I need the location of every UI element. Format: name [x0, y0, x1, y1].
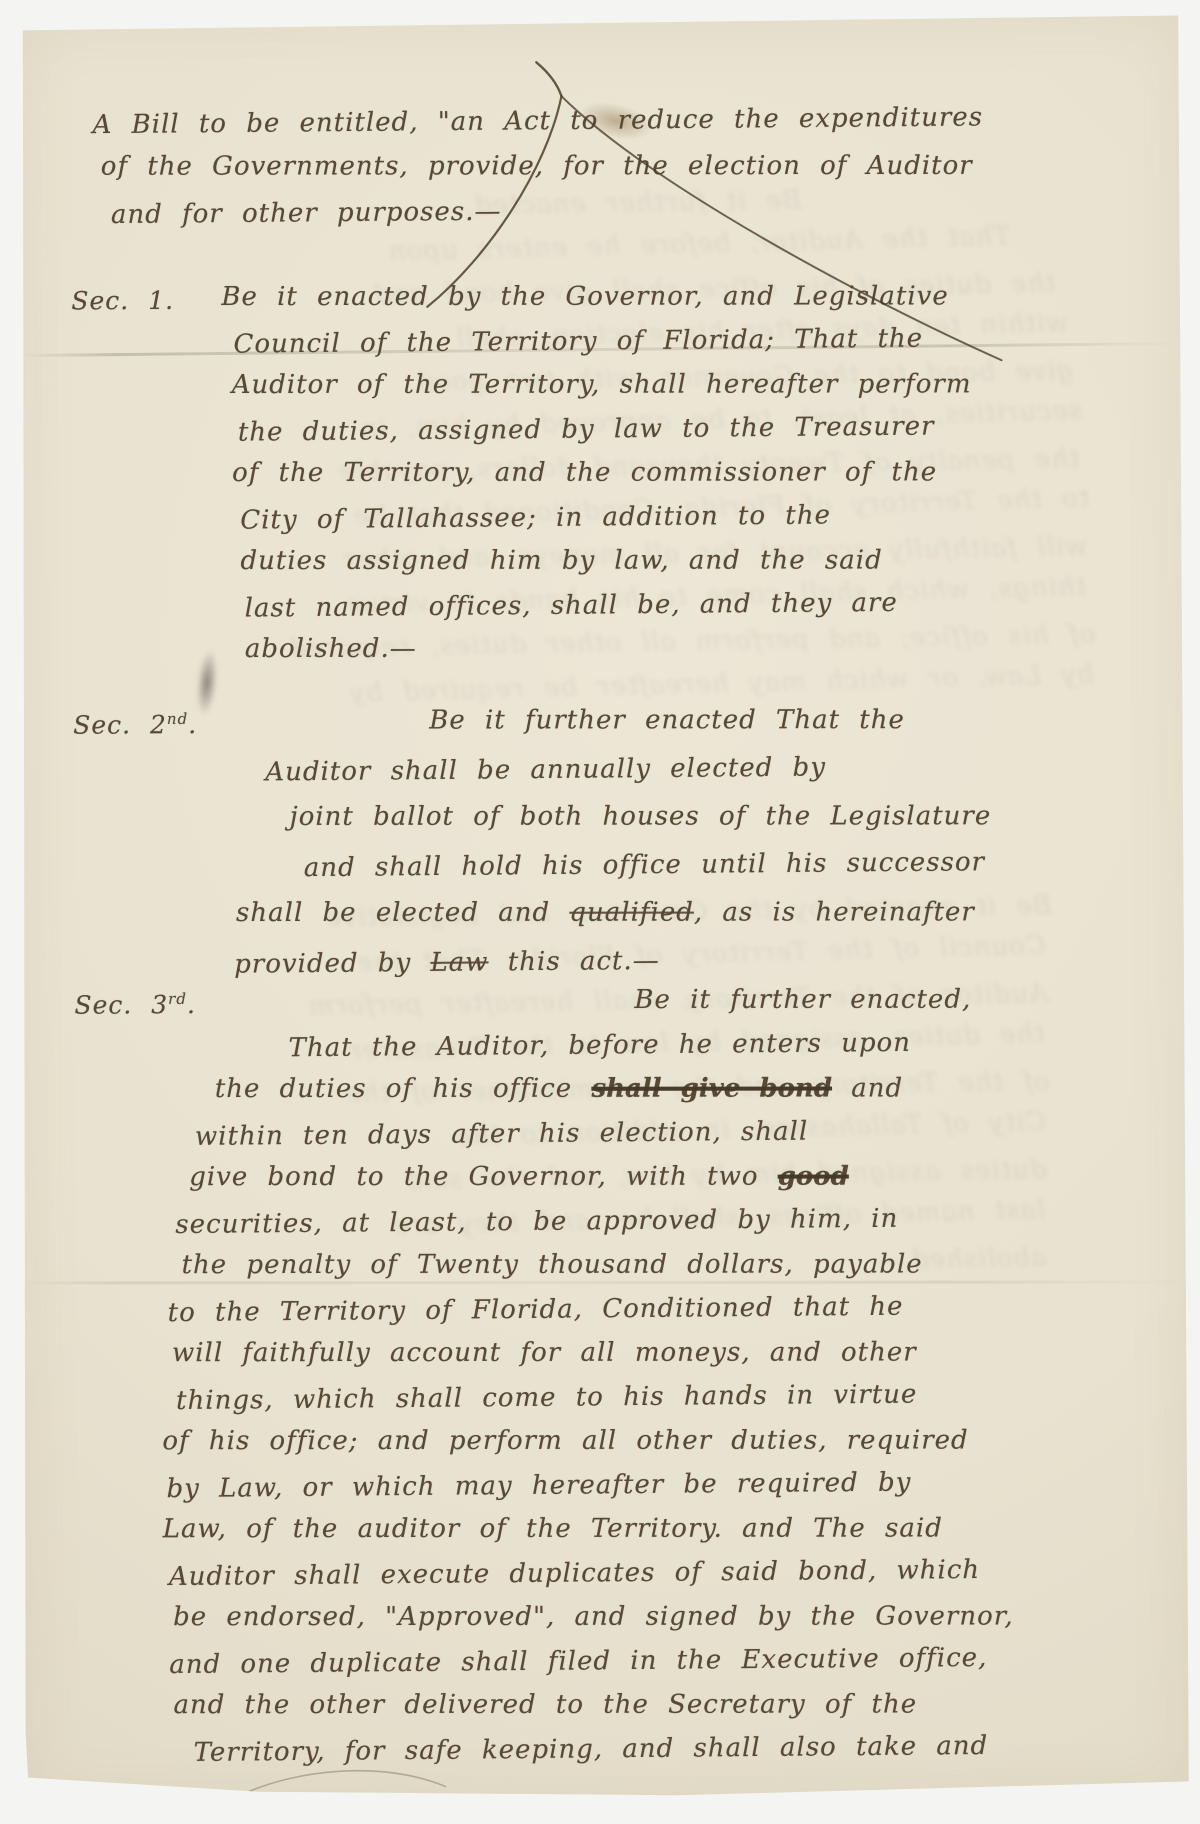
handwritten-line: by Law, or which may hereafter be requir… [166, 1465, 1157, 1518]
handwritten-line: shall be elected and qualified, as is he… [236, 897, 1155, 946]
handwritten-text-segment: shall give bond [591, 1074, 832, 1104]
handwritten-line: joint ballot of both houses of the Legis… [290, 801, 1155, 850]
handwritten-text-segment: things, which shall come to his hands in… [176, 1380, 918, 1416]
handwritten-text-segment: A Bill to be entitled, "an Act to reduce… [92, 102, 983, 140]
handwritten-line: within ten days after his election, shal… [195, 1113, 1156, 1165]
manuscript-paper-sheet: Be it further enacted,That the Auditor, … [18, 15, 1189, 1802]
handwritten-line: That the Auditor, before he enters upon [288, 1026, 1155, 1078]
handwritten-text-segment: by Law, or which may hereafter be requir… [166, 1468, 911, 1504]
handwritten-line: and shall hold his office until his succ… [304, 846, 1155, 901]
bill-title-line: of the Governments, provide, for the ele… [101, 151, 984, 197]
handwritten-text-segment: joint ballot of both houses of the Legis… [290, 801, 992, 832]
handwritten-line: Auditor of the Territory, shall hereafte… [232, 369, 1153, 414]
handwritten-text-segment: provided by [234, 948, 431, 980]
handwritten-line: of the Territory, and the commissioner o… [232, 457, 1153, 502]
handwritten-text-segment: Be it further enacted, [634, 985, 971, 1015]
handwritten-line: Auditor shall execute duplicates of said… [169, 1553, 1158, 1606]
handwritten-text-segment: Auditor shall execute duplicates of said… [169, 1555, 980, 1592]
handwritten-line: Be it enacted by the Governor, and Legis… [221, 281, 1152, 326]
handwritten-text-segment: Auditor of the Territory, shall hereafte… [232, 369, 972, 400]
handwritten-text-segment: of the Governments, provide, for the ele… [101, 151, 973, 182]
handwritten-text-segment: to the Territory of Florida, Conditioned… [168, 1292, 904, 1328]
handwritten-line: of his office; and perform all other dut… [162, 1425, 1157, 1470]
handwritten-line: City of Tallahassee; in addition to the [240, 498, 1153, 550]
handwritten-line: Territory, for safe keeping, and shall a… [194, 1729, 1159, 1781]
handwritten-text-segment: Be it further enacted That the [429, 705, 905, 735]
handwritten-text-segment: give bond to the Governor, with two [189, 1162, 778, 1193]
bill-sections: Sec. 1.Be it enacted by the Governor, an… [18, 15, 1181, 20]
handwritten-line: the penalty of Twenty thousand dollars, … [182, 1249, 1157, 1294]
handwritten-line: things, which shall come to his hands in… [176, 1377, 1157, 1430]
bill-section: Sec. 2nd.Be it further enacted That theA… [73, 704, 1155, 997]
handwritten-line: Be it further enacted, [634, 985, 1155, 1029]
handwritten-line: Law, of the auditor of the Territory. an… [163, 1513, 1158, 1558]
handwritten-text-segment: and shall hold his office until his succ… [304, 847, 985, 883]
handwritten-line: be endorsed, "Approved", and signed by t… [173, 1601, 1158, 1646]
handwritten-text-segment: will faithfully account for all moneys, … [172, 1338, 917, 1369]
handwritten-line: to the Territory of Florida, Conditioned… [168, 1289, 1157, 1342]
handwritten-text-segment: That the Auditor, before he enters upon [288, 1028, 911, 1063]
handwritten-text-segment: shall be elected and [236, 898, 569, 928]
section-label: Sec. 2nd. [73, 710, 197, 740]
bill-title-line: A Bill to be entitled, "an Act to reduce… [92, 102, 983, 155]
handwritten-line: the duties, assigned by law to the Treas… [238, 410, 1153, 462]
handwritten-text-segment: the duties, assigned by law to the Treas… [238, 412, 935, 448]
handwritten-line: and the other delivered to the Secretary… [173, 1689, 1158, 1734]
handwritten-text-segment: this act.— [488, 946, 659, 977]
handwritten-line: last named offices, shall be, and they a… [245, 586, 1154, 638]
handwritten-text-segment: and the other delivered to the Secretary… [173, 1690, 917, 1721]
section-label: Sec. 3rd. [74, 990, 196, 1020]
handwritten-line: Council of the Territory of Florida; Tha… [233, 322, 1152, 374]
handwritten-line: Auditor shall be annually elected by [265, 750, 1154, 806]
handwritten-text-segment: be endorsed, "Approved", and signed by t… [173, 1601, 1013, 1632]
scanned-manuscript-page: { "page": { "background_color": "#f4f4f2… [0, 0, 1200, 1824]
handwritten-text-segment: and one duplicate shall filed in the Exe… [169, 1643, 987, 1680]
handwritten-line: securities, at least, to be approved by … [175, 1201, 1156, 1254]
bill-title: A Bill to be entitled, "an Act to reduce… [93, 104, 984, 243]
handwritten-line: give bond to the Governor, with two good [189, 1161, 1156, 1206]
bill-section: Sec. 3rd.Be it further enacted,That the … [74, 984, 1158, 1781]
handwritten-text-segment: Be it enacted by the Governor, and Legis… [221, 281, 948, 312]
section-label: Sec. 1. [71, 286, 174, 315]
handwritten-line: duties assigned him by law, and the said [240, 545, 1153, 590]
handwritten-text-segment: of his office; and perform all other dut… [162, 1425, 968, 1456]
handwritten-text-segment: within ten days after his election, shal… [195, 1117, 809, 1152]
handwritten-text-segment: Council of the Territory of Florida; Tha… [233, 324, 923, 360]
handwritten-line: abolished.— [245, 633, 1154, 678]
handwritten-text-segment: good [778, 1162, 849, 1192]
handwritten-text-segment: City of Tallahassee; in addition to the [240, 500, 831, 535]
handwritten-text-segment: Territory, for safe keeping, and shall a… [194, 1731, 989, 1768]
handwritten-text-segment: and for other purposes.— [111, 197, 502, 230]
handwritten-text-segment: abolished.— [245, 634, 417, 664]
handwritten-text-segment: the penalty of Twenty thousand dollars, … [182, 1249, 923, 1280]
handwritten-text-segment: Auditor shall be annually elected by [265, 753, 826, 788]
bill-title-line: and for other purposes.— [111, 192, 984, 245]
handwritten-text-segment: the duties of his office [215, 1074, 592, 1104]
handwritten-line: Be it further enacted That the [429, 705, 1154, 754]
handwritten-text-segment: Law, of the auditor of the Territory. an… [163, 1514, 943, 1545]
handwritten-text-segment: and [832, 1073, 903, 1103]
bill-section: Sec. 1.Be it enacted by the Governor, an… [71, 280, 1154, 681]
handwritten-text-segment: Law [430, 947, 488, 978]
handwritten-text-segment: qualified [569, 898, 694, 928]
handwritten-text-segment: securities, at least, to be approved by … [175, 1204, 898, 1240]
handwritten-text-segment: last named offices, shall be, and they a… [245, 588, 898, 624]
handwritten-line: and one duplicate shall filed in the Exe… [169, 1641, 1158, 1694]
handwritten-text-segment: of the Territory, and the commissioner o… [232, 457, 937, 488]
handwritten-line: the duties of his office shall give bond… [215, 1073, 1156, 1118]
handwritten-text-segment: duties assigned him by law, and the said [240, 545, 882, 576]
handwritten-text-segment: , as is hereinafter [694, 897, 975, 927]
handwritten-line: will faithfully account for all moneys, … [172, 1337, 1157, 1382]
